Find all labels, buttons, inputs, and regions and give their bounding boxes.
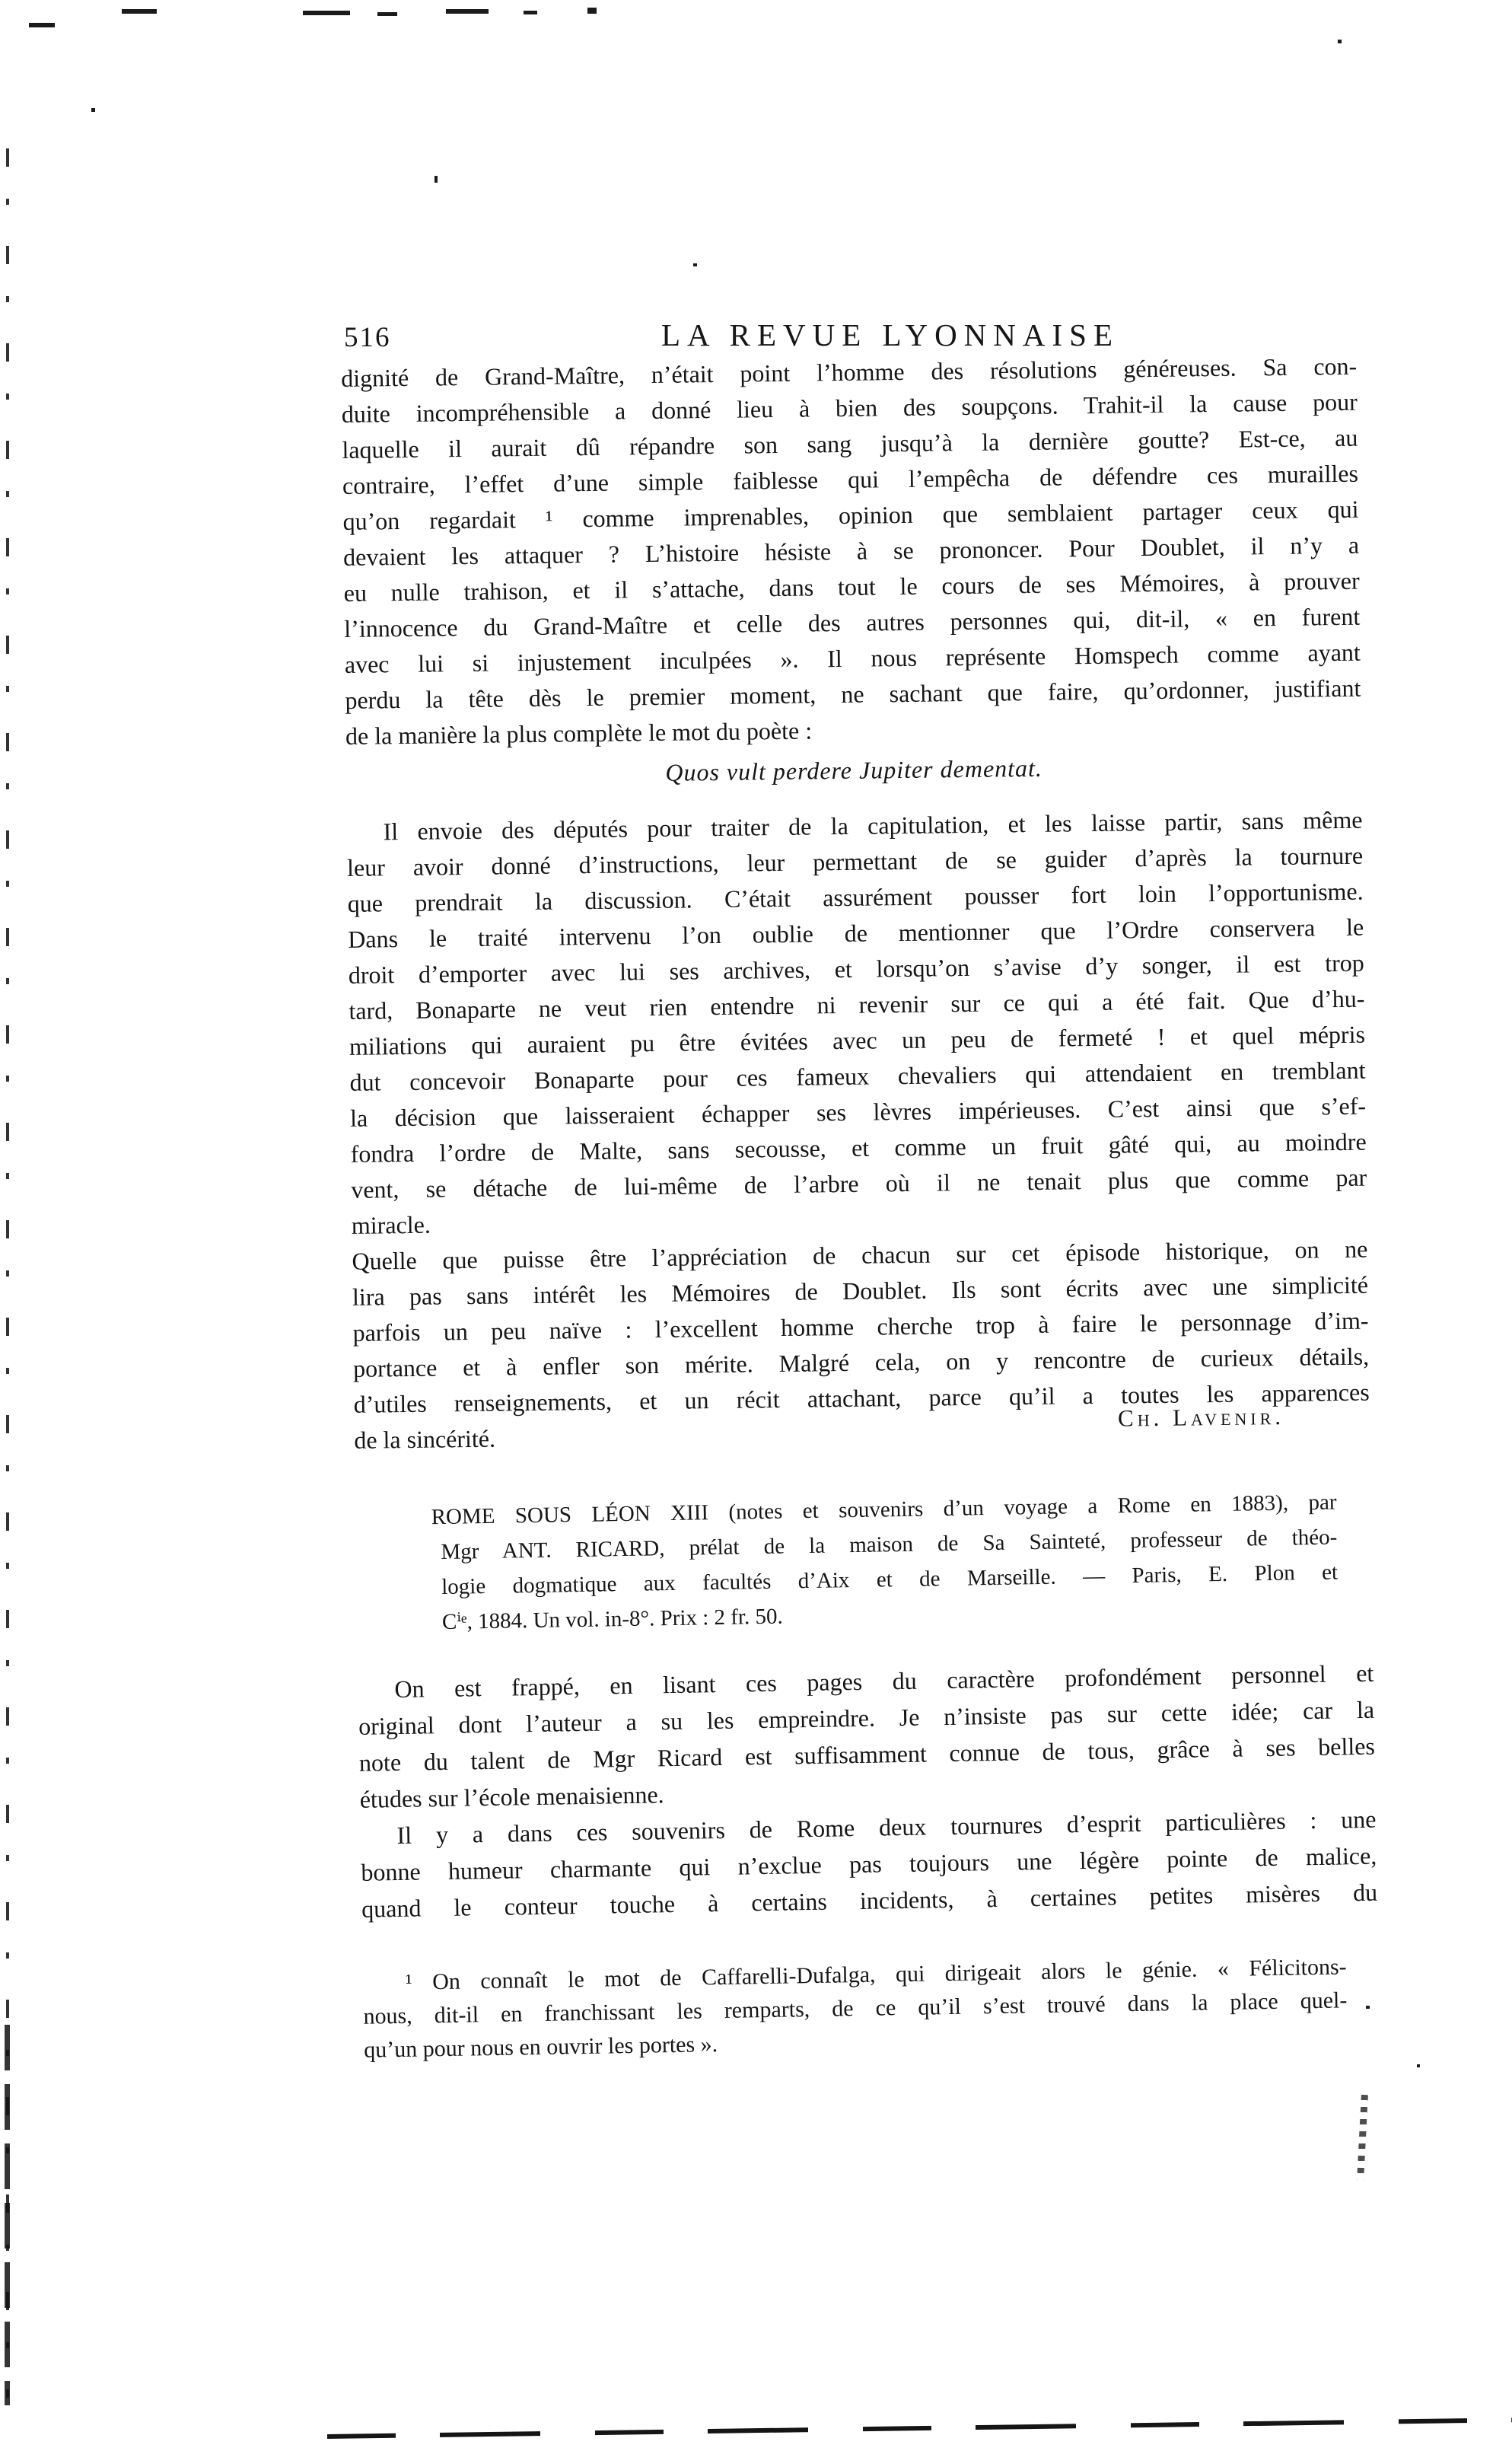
latin-quote: Quos vult perdere Jupiter dementat. (345, 747, 1361, 795)
bibliographic-reference: ROME SOUS LÉON XIII (notes et souvenirs … (431, 1485, 1339, 1640)
article-body: dignité de Grand-Maître, n’était point l… (341, 349, 1377, 2067)
scan-artifact-speck (91, 108, 95, 112)
author-signature: Ch. Lavenir. (1118, 1403, 1284, 1433)
article-paragraph-continuation: dignité de Grand-Maître, n’était point l… (341, 349, 1361, 754)
article-paragraph: Il envoie des députés pour traiter de la… (346, 802, 1367, 1244)
scan-artifact-speck (435, 176, 438, 183)
scan-artifact-speck (303, 11, 350, 15)
scan-artifact-bottom-page-edge (327, 2418, 1512, 2439)
scan-artifact-speck (693, 263, 697, 266)
page-number: 516 (344, 321, 391, 354)
review-paragraph: Il y a dans ces souvenirs de Rome deux t… (360, 1801, 1377, 1927)
scan-artifact-right-margin-streak (1357, 2095, 1368, 2180)
scan-artifact-left-binding-edge-heavy (5, 2025, 10, 2405)
scan-artifact-speck (377, 12, 397, 16)
scan-artifact-speck (446, 9, 489, 14)
article-closing-paragraph: Ch. Lavenir. Quelle que puisse être l’ap… (352, 1232, 1370, 1458)
journal-title: LA REVUE LYONNAISE (502, 317, 1278, 353)
footnote: ¹ On connaît le mot de Caffarelli-Dufalg… (362, 1950, 1348, 2067)
scan-artifact-speck (1417, 2064, 1420, 2067)
scan-artifact-speck (587, 8, 597, 14)
scan-artifact-speck (29, 23, 55, 27)
scan-artifact-speck (1338, 40, 1342, 43)
book-review-section: ROME SOUS LÉON XIII (notes et souvenirs … (355, 1484, 1380, 2067)
scan-artifact-speck (122, 9, 157, 14)
scan-artifact-speck (524, 11, 537, 14)
scanned-journal-page: 516 LA REVUE LYONNAISE dignité de Grand-… (0, 0, 1512, 2451)
review-paragraph: On est frappé, en lisant ces pages du ca… (358, 1655, 1376, 1818)
